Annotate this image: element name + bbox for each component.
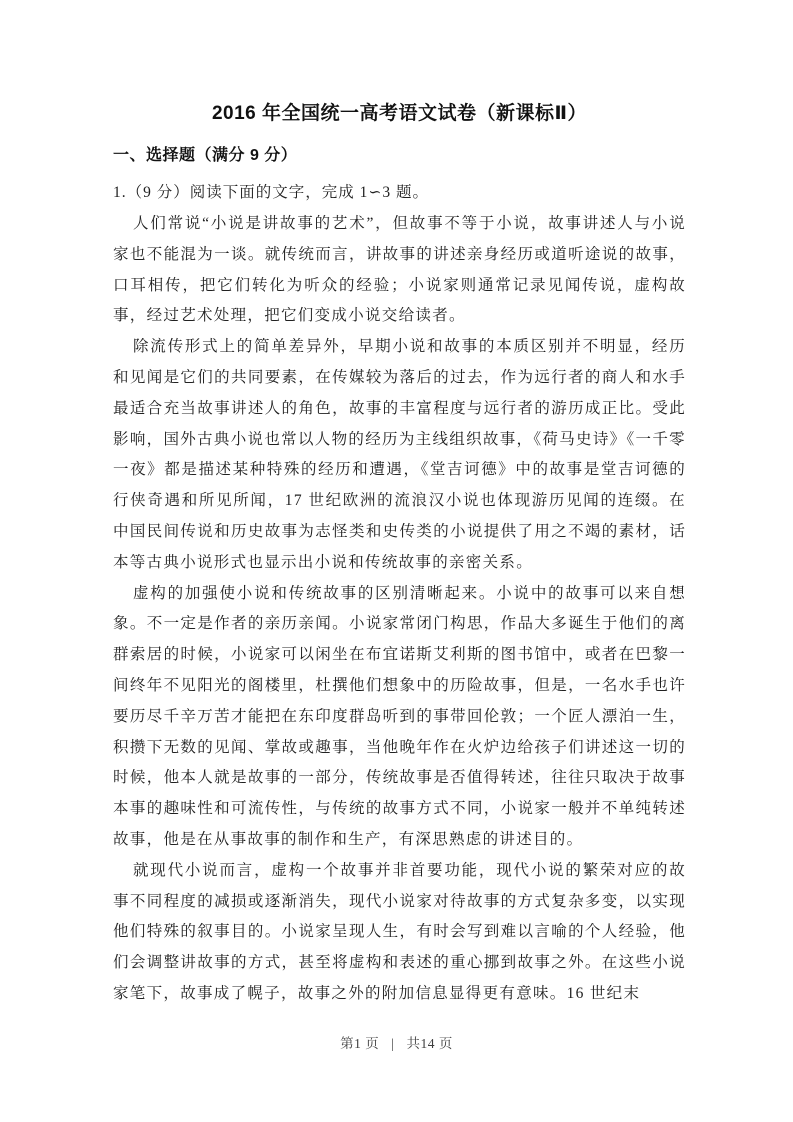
passage-paragraph-3: 虚构的加强使小说和传统故事的区别清晰起来。小说中的故事可以来自想象。不一定是作者…	[113, 579, 686, 856]
page-number-current: 第1 页	[340, 1036, 379, 1051]
reading-passage: 人们常说“小说是讲故事的艺术”，但故事不等于小说，故事讲述人与小说家也不能混为一…	[113, 209, 686, 1010]
section-heading: 一、选择题（满分 9 分）	[113, 145, 686, 167]
footer-separator: |	[391, 1034, 394, 1054]
page-title: 2016 年全国统一高考语文试卷（新课标Ⅱ）	[113, 102, 686, 126]
exam-paper-page: 2016 年全国统一高考语文试卷（新课标Ⅱ） 一、选择题（满分 9 分） 1.（…	[0, 0, 793, 1122]
passage-paragraph-4: 就现代小说而言，虚构一个故事并非首要功能，现代小说的繁荣对应的故事不同程度的减损…	[113, 856, 686, 1010]
page-footer: 第1 页|共14 页	[0, 1034, 793, 1054]
question-intro: 1.（9 分）阅读下面的文字，完成 1∽3 题。	[113, 182, 686, 204]
passage-paragraph-2: 除流传形式上的简单差异外，早期小说和故事的本质区别并不明显，经历和见闻是它们的共…	[113, 332, 686, 578]
page-number-total: 共14 页	[406, 1036, 452, 1051]
passage-paragraph-1: 人们常说“小说是讲故事的艺术”，但故事不等于小说，故事讲述人与小说家也不能混为一…	[113, 209, 686, 332]
